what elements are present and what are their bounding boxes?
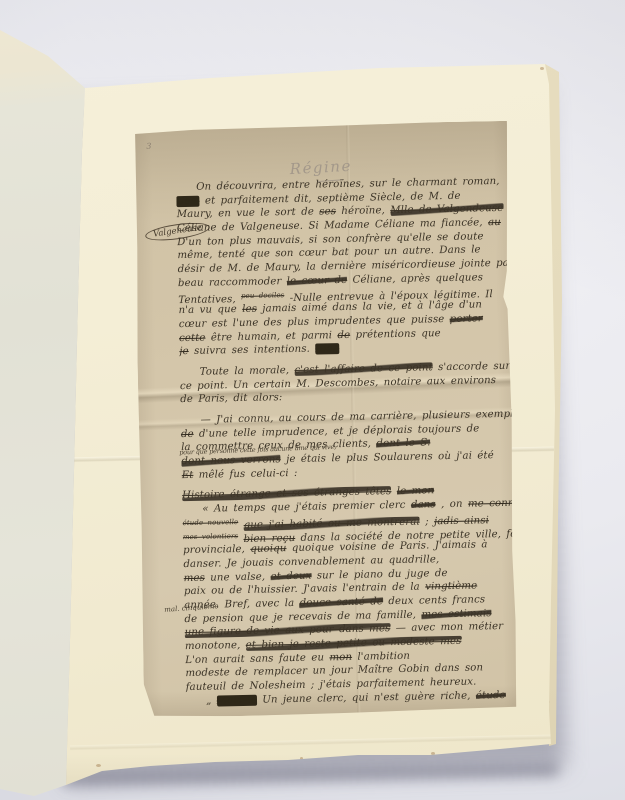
struck-handwriting: et bien je reste petite ou modeste mes: [246, 636, 462, 651]
foxing-spot: [540, 67, 544, 70]
struck-handwriting: mes: [184, 572, 205, 583]
struck-handwriting: le cœur de: [287, 275, 348, 287]
struck-handwriting: mes estimais: [421, 608, 491, 620]
photograph: 3 Régine Valgeneuse mal. cinquième pour …: [0, 0, 625, 800]
handwriting: de Paris, dit alors:: [180, 392, 282, 405]
handwriting: s'accorde sur: [433, 361, 511, 373]
struck-handwriting: dont le S.: [376, 438, 430, 450]
handwriting: année. Bref, avec la: [184, 598, 300, 611]
handwriting: quoique voisine de Paris. J'aimais à: [286, 539, 487, 554]
struck-handwriting: les: [242, 304, 257, 315]
struck-handwriting: quoiqu: [250, 543, 286, 555]
handwriting: beau raccommoder: [178, 276, 287, 289]
handwriting: , on: [436, 499, 468, 511]
handwriting: sur le piano du juge de: [311, 568, 447, 582]
struck-handwriting: étude nouvelle: [183, 518, 239, 527]
struck-handwriting: de: [181, 429, 194, 440]
struck-handwriting: Mlle de Valgendeuse: [390, 203, 503, 216]
struck-handwriting: dont nous verrons: [181, 454, 281, 467]
struck-handwriting: étude: [476, 690, 506, 702]
handwriting: héroïne,: [336, 205, 390, 217]
handwriting: — avec mon métier: [390, 621, 503, 634]
handwriting: „: [206, 695, 217, 706]
struck-handwriting: de: [337, 329, 350, 340]
struck-handwriting: c'est l'affaire de ce point: [294, 362, 432, 376]
handwriting: monotone,: [185, 640, 246, 652]
struck-handwriting: cette: [179, 332, 206, 344]
foxing-spot: [431, 752, 435, 755]
handwriting: n'a vu que: [178, 304, 242, 316]
struck-handwriting: porter: [450, 313, 483, 325]
handwriting: être humain, et parmi: [205, 330, 337, 344]
handwriting: une valse,: [205, 571, 271, 583]
handwriting: prétentions que: [350, 328, 441, 341]
handwriting: l'ambition: [352, 650, 410, 662]
handwriting: L'on aurait sans faute eu: [185, 652, 329, 666]
struck-handwriting: le mon: [397, 486, 435, 498]
folder-crease: [70, 735, 554, 751]
struck-handwriting: mon: [329, 652, 352, 663]
struck-handwriting: et deux: [270, 570, 311, 582]
handwriting: provinciale,: [183, 544, 250, 556]
handwriting: Un jeune clerc, qui n'est guère riche,: [257, 690, 476, 705]
handwriting: Maury, en vue le sort de: [177, 207, 320, 221]
struck-handwriting: peu dociles: [241, 291, 284, 300]
struck-handwriting: mes volontiers: [183, 532, 238, 541]
struck-handwriting: dans: [411, 499, 436, 510]
manuscript-page: 3 Régine Valgeneuse mal. cinquième pour …: [133, 121, 518, 718]
manuscript-text: On découvrira, entre héroïnes, sur le ch…: [176, 175, 522, 717]
struck-handwriting: au: [488, 217, 501, 228]
handwriting: mêlé fus celui-ci :: [193, 468, 297, 481]
struck-handwriting: douce santé de: [300, 596, 384, 609]
struck-handwriting: vingtième: [425, 581, 477, 593]
struck-handwriting: Ceci: [176, 195, 199, 206]
handwriting: suivra ses intentions.: [189, 344, 316, 357]
page-number: 3: [146, 142, 151, 151]
foxing-spot: [96, 764, 101, 767]
handwriting: Toute la morale,: [200, 365, 295, 378]
struck-handwriting: ses: [319, 206, 336, 217]
struck-handwriting: Et: [182, 470, 194, 481]
handwriting: Céliane, après quelques: [347, 272, 483, 286]
handwriting: deux cents francs: [383, 594, 485, 607]
struck-handwriting: Mais le: [217, 694, 257, 706]
struck-handwriting: Rien: [315, 343, 339, 354]
handwriting: je étais le plus Soulaurens où j'ai été: [281, 450, 494, 465]
